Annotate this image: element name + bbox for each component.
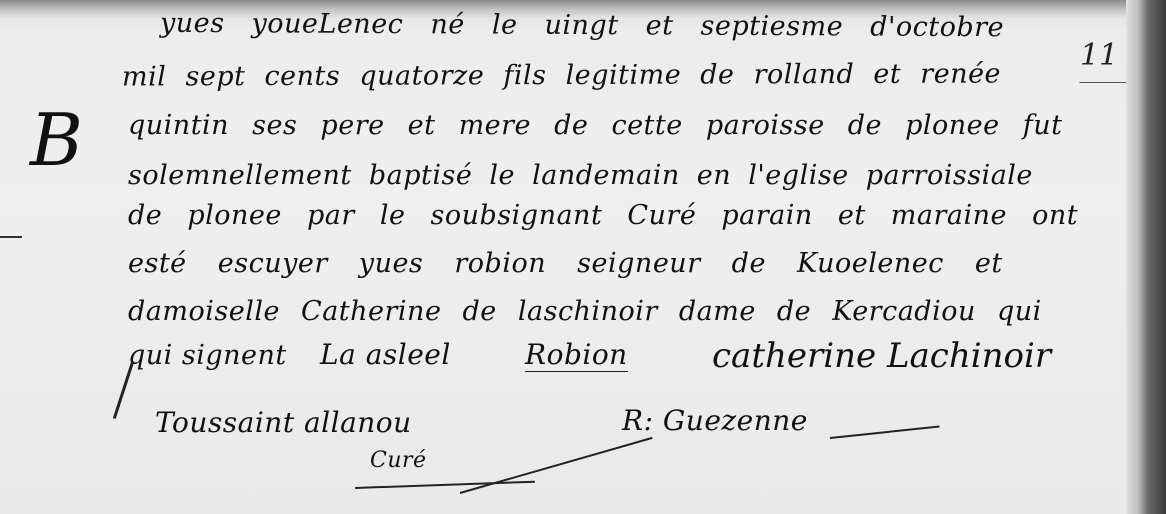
text-line-8: qui signent xyxy=(128,340,287,371)
pen-stroke xyxy=(113,361,134,419)
signature-flourish-1 xyxy=(355,481,535,489)
signature-catherine-lachinoir: catherine Lachinoir xyxy=(712,336,1051,376)
signature-r-guezenne: R: Guezenne xyxy=(622,404,808,437)
signature-flourish-3 xyxy=(830,426,940,439)
signature-toussaint-allanou: Toussaint allanou xyxy=(155,406,412,439)
signature-robion: Robion xyxy=(525,338,628,372)
signature-flourish-2 xyxy=(460,437,653,494)
margin-initial-b: B xyxy=(30,98,83,182)
signature-la-asleel: La asleel xyxy=(320,338,451,371)
binding-edge xyxy=(1126,0,1166,514)
register-page: B 11 yues youeLenec né le uingt et septi… xyxy=(0,0,1140,514)
text-line-6: esté escuyer yues robion seigneur de Kuo… xyxy=(128,248,1003,279)
text-line-1: yues youeLenec né le uingt et septiesme … xyxy=(160,8,1004,43)
text-line-5: de plonee par le soubsignant Curé parain… xyxy=(128,200,1078,231)
text-line-4: solemnellement baptisé le landemain en l… xyxy=(128,160,1033,191)
text-line-3: quintin ses pere et mere de cette parois… xyxy=(128,110,1062,141)
signature-cure: Curé xyxy=(370,448,427,473)
margin-dash xyxy=(0,236,22,238)
text-line-2: mil sept cents quatorze fils legitime de… xyxy=(122,58,1001,92)
text-line-7: damoiselle Catherine de laschinoir dame … xyxy=(128,296,1042,327)
